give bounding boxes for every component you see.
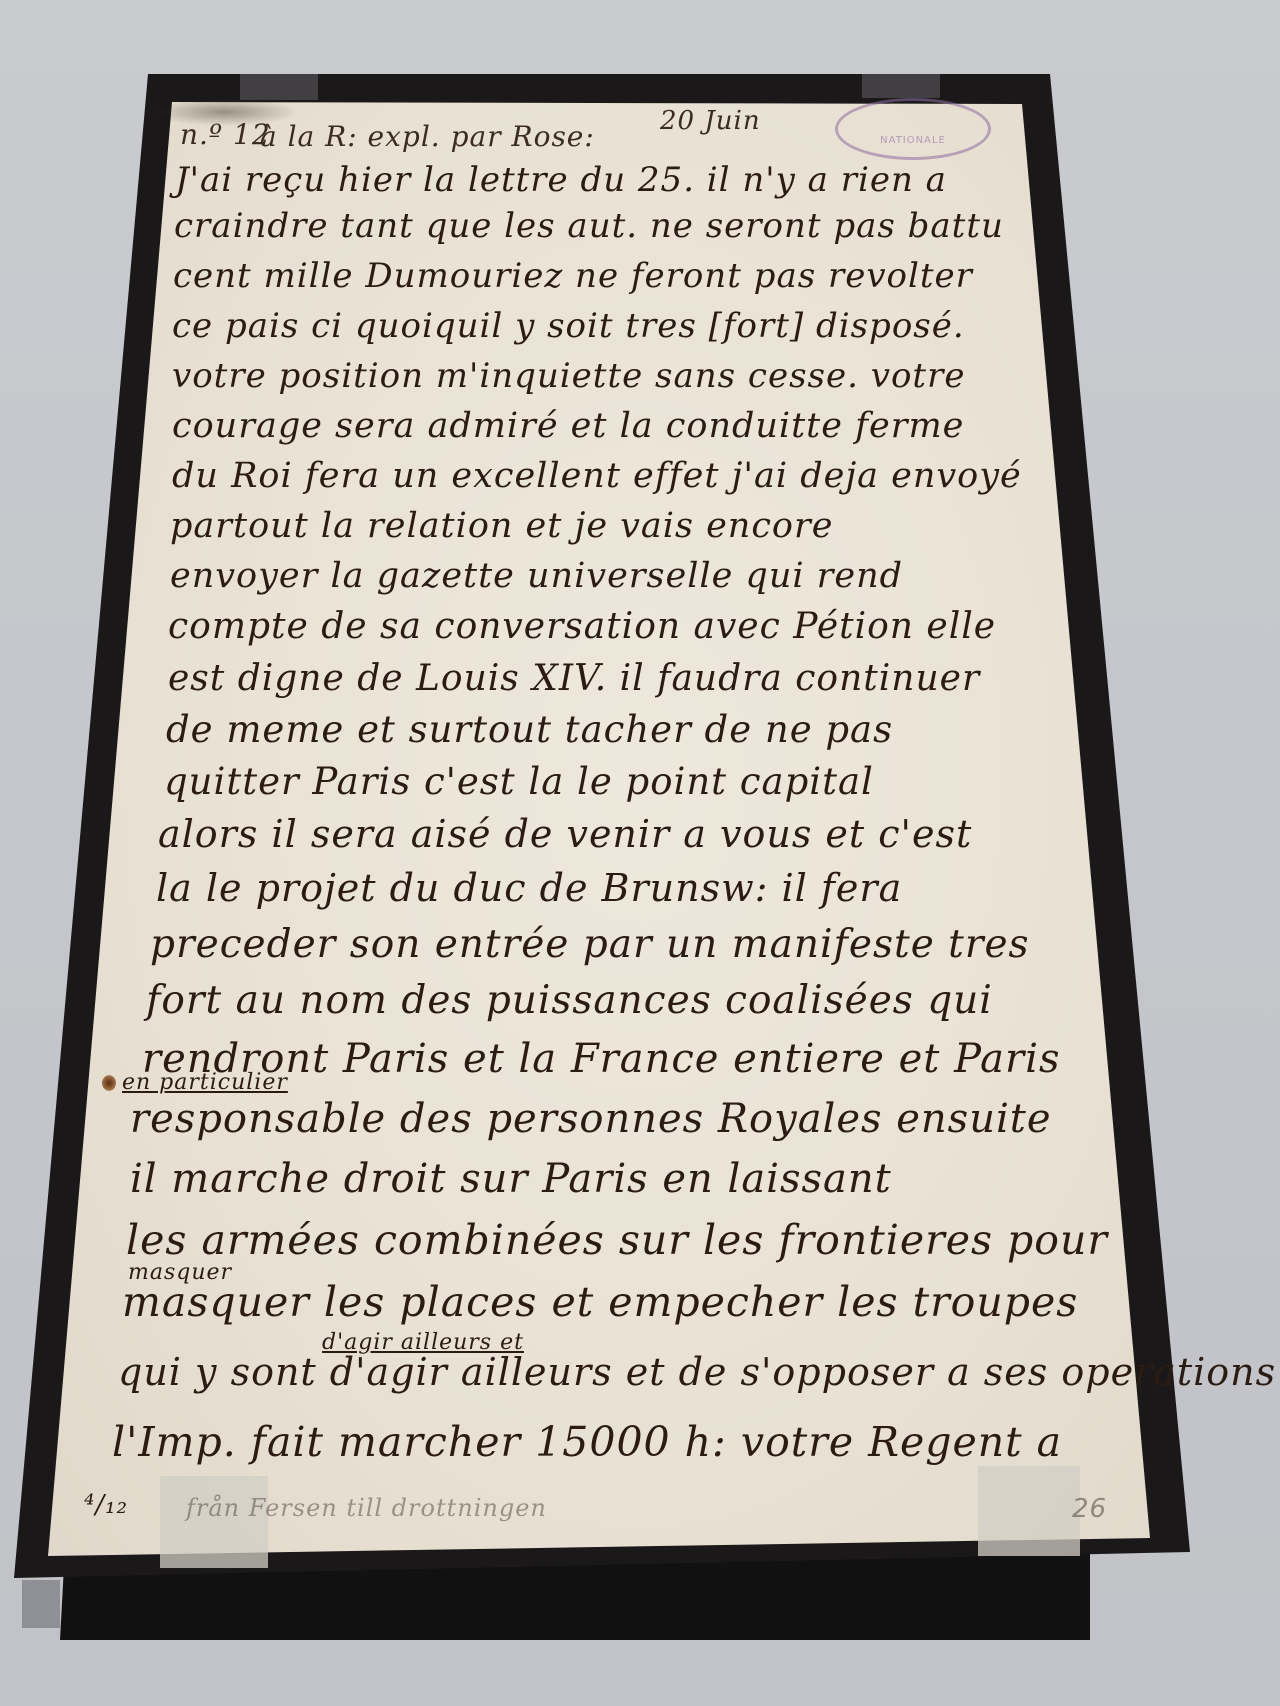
letter-line: compte de sa conversation avec Pétion el… [168,606,996,647]
letter-line: courage sera admiré et la conduitte ferm… [172,406,964,446]
letter-line: du Roi fera un excellent effet j'ai deja… [172,456,1022,496]
letter-line: J'ai reçu hier la lettre du 25. il n'y a… [175,160,947,200]
letter-line: qui y sont d'agir ailleurs et de s'oppos… [118,1350,1276,1394]
header-address: à la R: expl. par Rose: [260,120,595,153]
letter-line: votre position m'inquiette sans cesse. v… [172,356,965,396]
letter-line: est digne de Louis XIV. il faudra contin… [168,658,980,699]
letter-line: les armées combinées sur les frontieres … [126,1216,1108,1264]
letter-line: cent mille Dumouriez ne feront pas revol… [173,256,973,296]
letter-line: il marche droit sur Paris en laissant [130,1156,892,1202]
letter-line: craindre tant que les aut. ne seront pas… [174,206,1004,246]
letter-line: la le projet du duc de Brunsw: il fera [156,866,902,910]
letter-line: alors il sera aisé de venir a vous et c'… [158,812,972,856]
letter-line: fort au nom des puissances coalisées qui [146,978,993,1023]
archival-note: från Fersen till drottningen [186,1494,547,1522]
letter-line: envoyer la gazette universelle qui rend [170,556,903,596]
letter-line: partout la relation et je vais encore [170,506,833,546]
letter-text: n.º 12 à la R: expl. par Rose: 20 Juin J… [0,0,1280,1706]
margin-insert: en particulier [122,1070,288,1095]
header-date: 20 Juin [660,106,761,136]
shelfmark: ⁴/₁₂ [84,1490,128,1520]
header-ref: n.º 12 [180,118,271,151]
letter-line: quitter Paris c'est la le point capital [164,760,874,803]
letter-line: preceder son entrée par un manifeste tre… [150,922,1030,967]
letter-line: de meme et surtout tacher de ne pas [166,708,893,751]
letter-line: responsable des personnes Royales ensuit… [130,1096,1052,1142]
letter-line: ce pais ci quoiquil y soit tres [fort] d… [172,306,965,346]
folio-number: 26 [1072,1494,1107,1524]
letter-line: l'Imp. fait marcher 15000 h: votre Regen… [112,1418,1062,1466]
letter-line: masquer les places et empecher les troup… [122,1278,1078,1326]
